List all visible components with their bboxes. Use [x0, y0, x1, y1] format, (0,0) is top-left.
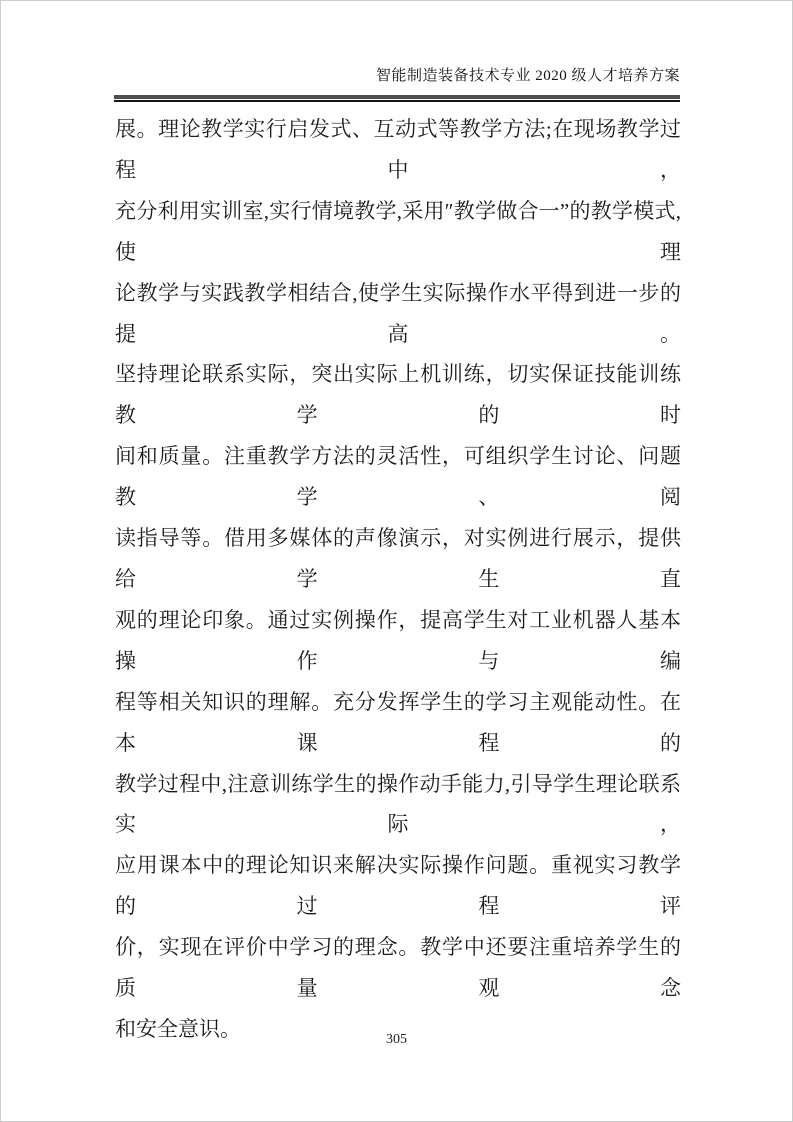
body-paragraph: 展。理论教学实行启发式、互动式等教学方法;在现场教学过程中， 充分利用实训室,实…	[115, 109, 681, 1050]
body-line: 展。理论教学实行启发式、互动式等教学方法;在现场教学过程中，	[115, 109, 681, 191]
running-header-title: 智能制造装备技术专业 2020 级人才培养方案	[114, 64, 680, 85]
header-divider-rule	[114, 95, 680, 102]
body-line: 间和质量。注重教学方法的灵活性，可组织学生讨论、问题教学、阅	[115, 436, 681, 518]
body-line: 应用课本中的理论知识来解决实际操作问题。重视实习教学的过程评	[115, 845, 681, 927]
body-line: 论教学与实践教学相结合,使学生实际操作水平得到进一步的提高。	[115, 273, 681, 355]
body-line: 坚持理论联系实际，突出实际上机训练，切实保证技能训练教学的时	[115, 354, 681, 436]
body-line: 观的理论印象。通过实例操作，提高学生对工业机器人基本操作与编	[115, 600, 681, 682]
page-number: 305	[1, 1032, 792, 1048]
body-line: 教学过程中,注意训练学生的操作动手能力,引导学生理论联系实际，	[115, 764, 681, 846]
body-line: 价，实现在评价中学习的理念。教学中还要注重培养学生的质量观念	[115, 927, 681, 1009]
body-line: 充分利用实训室,实行情境教学,采用″教学做合一”的教学模式,使理	[115, 191, 681, 273]
document-page: 智能制造装备技术专业 2020 级人才培养方案 展。理论教学实行启发式、互动式等…	[0, 0, 793, 1122]
body-line: 程等相关知识的理解。充分发挥学生的学习主观能动性。在本课程的	[115, 682, 681, 764]
body-line: 读指导等。借用多媒体的声像演示，对实例进行展示，提供给学生直	[115, 518, 681, 600]
